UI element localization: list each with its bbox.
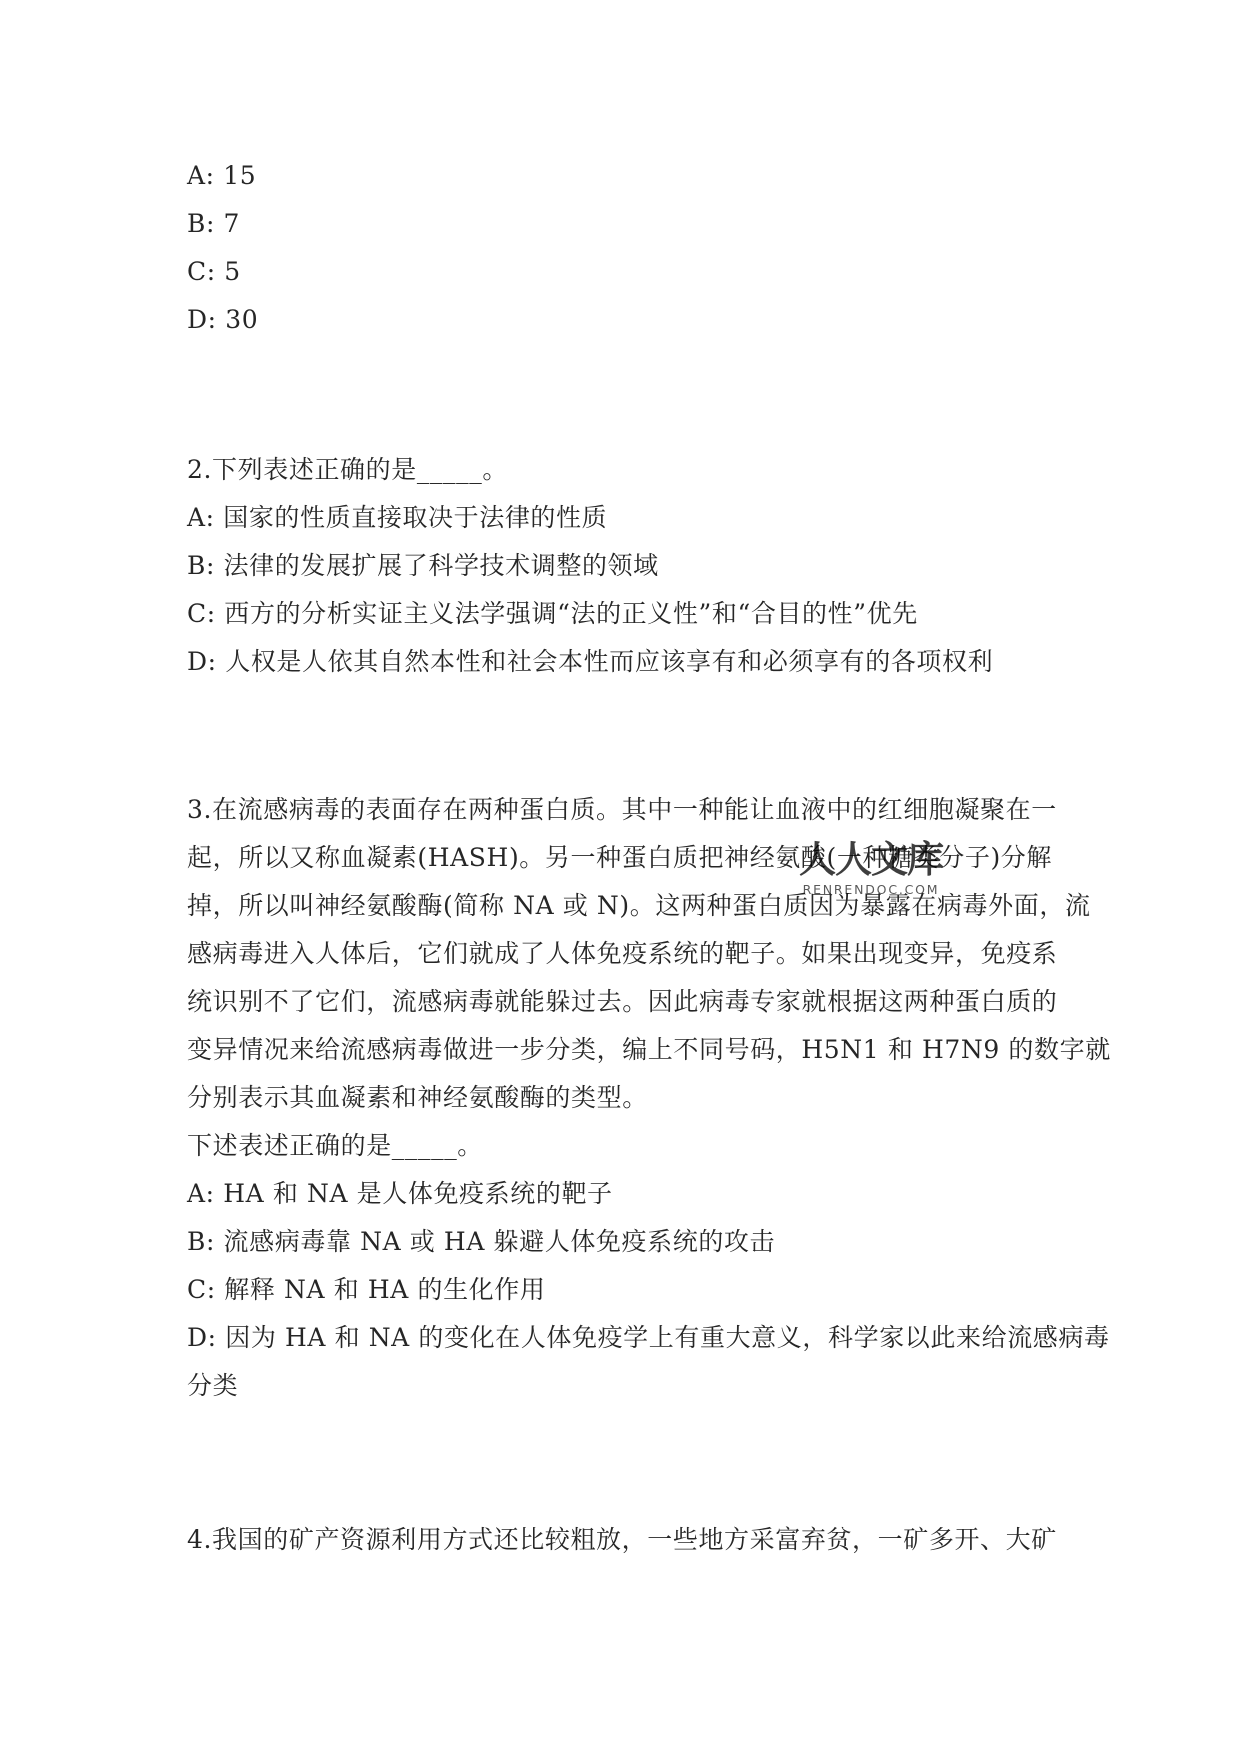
paragraph-line: 变异情况来给流感病毒做进一步分类，编上不同号码，H5N1 和 H7N9 的数字就 [187,1026,1077,1074]
paragraph-line: 感病毒进入人体后，它们就成了人体免疫系统的靶子。如果出现变异，免疫系 [187,930,1077,978]
question-4-block: 4.我国的矿产资源利用方式还比较粗放，一些地方采富弃贫，一矿多开、大矿 [187,1516,1077,1564]
question-stem: 2.下列表述正确的是_____。 [187,446,1077,494]
option-line: D: 30 [187,296,1077,344]
option-line: B: 法律的发展扩展了科学技术调整的领域 [187,542,1077,590]
question-1-options-block: A: 15 B: 7 C: 5 D: 30 [187,152,1077,344]
paragraph-line: 统识别不了它们，流感病毒就能躲过去。因此病毒专家就根据这两种蛋白质的 [187,978,1077,1026]
option-line: D: 因为 HA 和 NA 的变化在人体免疫学上有重大意义，科学家以此来给流感病… [187,1314,1077,1362]
option-line: A: 15 [187,152,1077,200]
option-line: B: 7 [187,200,1077,248]
paragraph-line: 3.在流感病毒的表面存在两种蛋白质。其中一种能让血液中的红细胞凝聚在一 [187,786,1077,834]
question-3-block: 3.在流感病毒的表面存在两种蛋白质。其中一种能让血液中的红细胞凝聚在一 起，所以… [187,786,1077,1410]
question-stem: 下述表述正确的是_____。 [187,1122,1077,1170]
option-line: C: 解释 NA 和 HA 的生化作用 [187,1266,1077,1314]
paragraph-line: 分别表示其血凝素和神经氨酸酶的类型。 [187,1074,1077,1122]
option-line: B: 流感病毒靠 NA 或 HA 躲避人体免疫系统的攻击 [187,1218,1077,1266]
option-line: A: HA 和 NA 是人体免疫系统的靶子 [187,1170,1077,1218]
option-line: C: 西方的分析实证主义法学强调“法的正义性”和“合目的性”优先 [187,590,1077,638]
option-line: D: 人权是人依其自然本性和社会本性而应该享有和必须享有的各项权利 [187,638,1077,686]
document-page: A: 15 B: 7 C: 5 D: 30 2.下列表述正确的是_____。 A… [0,0,1240,1753]
option-line: A: 国家的性质直接取决于法律的性质 [187,494,1077,542]
option-line: C: 5 [187,248,1077,296]
paragraph-line: 掉，所以叫神经氨酸酶(简称 NA 或 N)。这两种蛋白质因为暴露在病毒外面，流 [187,882,1077,930]
paragraph-line: 起，所以又称血凝素(HASH)。另一种蛋白质把神经氨酸(一种糖类分子)分解 [187,834,1077,882]
document-content: A: 15 B: 7 C: 5 D: 30 2.下列表述正确的是_____。 A… [187,0,1077,1564]
question-stem: 4.我国的矿产资源利用方式还比较粗放，一些地方采富弃贫，一矿多开、大矿 [187,1516,1077,1564]
option-continuation-line: 分类 [187,1362,1077,1410]
question-2-block: 2.下列表述正确的是_____。 A: 国家的性质直接取决于法律的性质 B: 法… [187,446,1077,686]
